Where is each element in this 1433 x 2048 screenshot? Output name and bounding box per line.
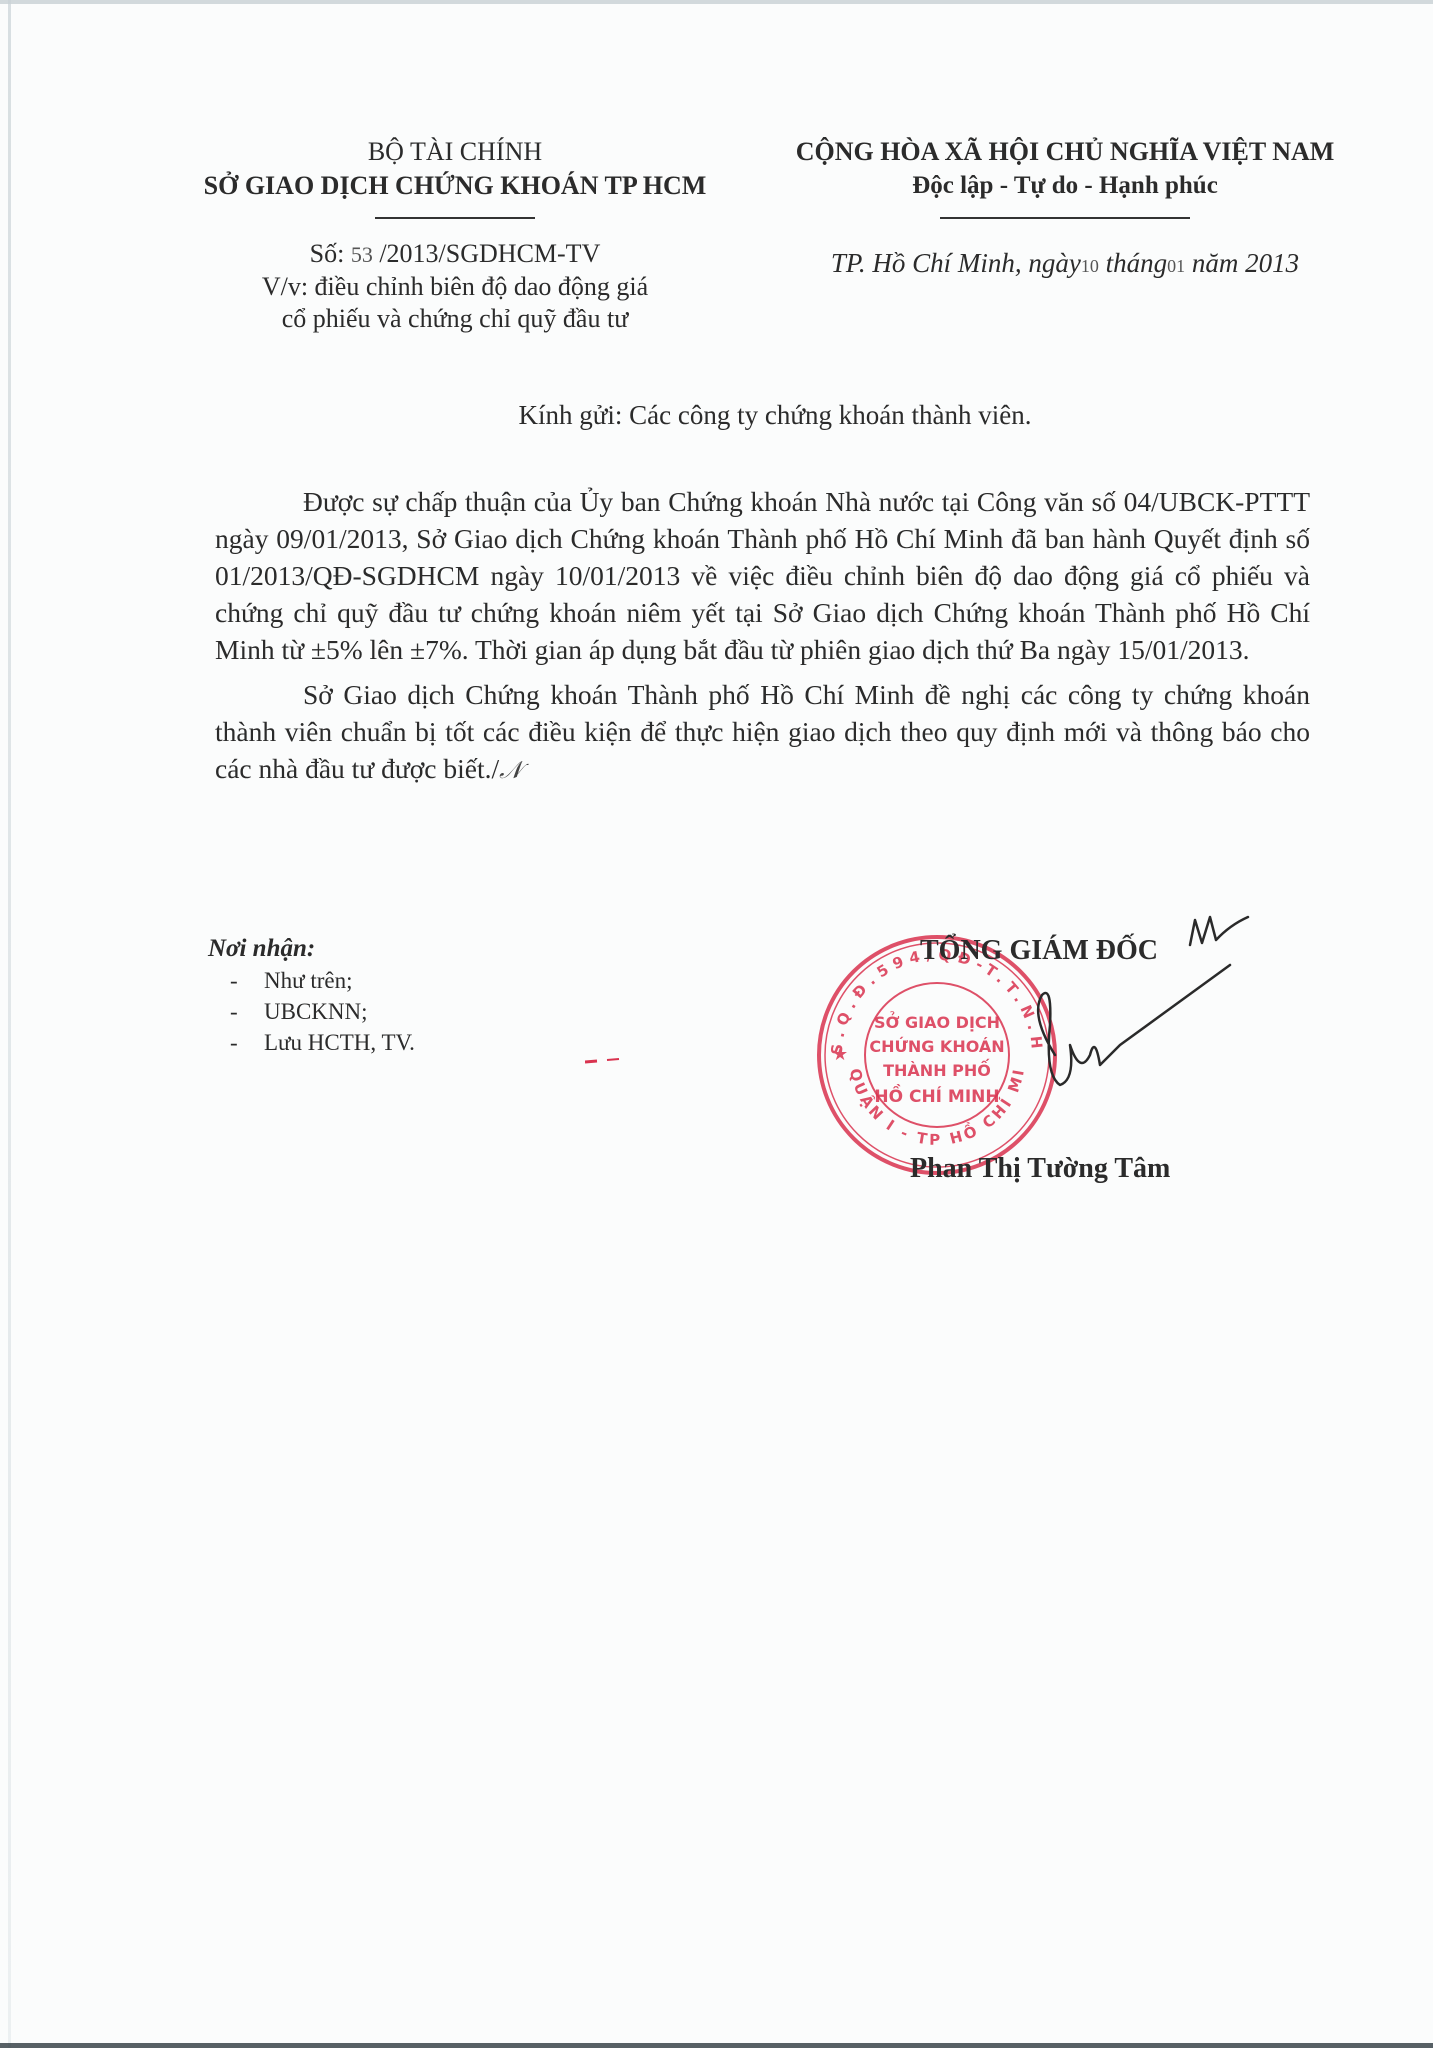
recipients-block: Nơi nhận: -Như trên; -UBCKNN; -Lưu HCTH,… (208, 935, 608, 1058)
signer-name: Phan Thị Tường Tâm (910, 1153, 1170, 1185)
date-month: 01 (1167, 256, 1185, 276)
svg-text:HỒ CHÍ MINH: HỒ CHÍ MINH (874, 1083, 999, 1107)
document-reference: Số: 53 /2013/SGDHCM-TV V/v: điều chỉnh b… (160, 238, 750, 335)
letter-body: Được sự chấp thuận của Ủy ban Chứng khoá… (215, 483, 1310, 797)
recipient-item: -Lưu HCTH, TV. (230, 1027, 608, 1058)
reference-number: Số: 53 /2013/SGDHCM-TV (160, 238, 750, 271)
header-divider (375, 217, 535, 219)
motto-divider (940, 217, 1190, 219)
salutation: Kính gửi: Các công ty chứng khoán thành … (200, 400, 1350, 431)
paragraph-2: Sở Giao dịch Chứng khoán Thành phố Hồ Ch… (215, 676, 1310, 789)
country-name: CỘNG HÒA XÃ HỘI CHỦ NGHĨA VIỆT NAM (755, 135, 1375, 169)
paragraph-1: Được sự chấp thuận của Ủy ban Chứng khoá… (215, 483, 1310, 668)
scan-edge-top (0, 0, 1433, 4)
recipient-item: -Như trên; (230, 965, 608, 996)
issuer-header: BỘ TÀI CHÍNH SỞ GIAO DỊCH CHỨNG KHOÁN TP… (160, 135, 750, 219)
svg-text:CHỨNG KHOÁN: CHỨNG KHOÁN (869, 1037, 1004, 1056)
recipients-list: -Như trên; -UBCKNN; -Lưu HCTH, TV. (208, 965, 608, 1058)
handwritten-number: 53 (351, 242, 373, 267)
national-header: CỘNG HÒA XÃ HỘI CHỦ NGHĨA VIỆT NAM Độc l… (755, 135, 1375, 219)
handwritten-signature (990, 905, 1250, 1145)
subject-line-2: cổ phiếu và chứng chỉ quỹ đầu tư (160, 303, 750, 335)
handwritten-initials: 𝒩 (499, 756, 522, 784)
recipients-title: Nơi nhận: (208, 935, 608, 963)
subject-line-1: V/v: điều chỉnh biên độ dao động giá (160, 271, 750, 303)
organization-name: SỞ GIAO DỊCH CHỨNG KHOÁN TP HCM (160, 169, 750, 203)
ministry-name: BỘ TÀI CHÍNH (160, 135, 750, 169)
scan-edge-left (8, 0, 11, 2048)
svg-text:★: ★ (832, 1044, 848, 1065)
recipient-item: -UBCKNN; (230, 996, 608, 1027)
document-date: TP. Hồ Chí Minh, ngày10 tháng01 năm 2013 (755, 248, 1375, 279)
red-ink-mark (585, 1058, 635, 1064)
scan-edge-bottom (0, 2043, 1433, 2048)
national-motto: Độc lập - Tự do - Hạnh phúc (755, 169, 1375, 203)
svg-text:THÀNH PHỐ: THÀNH PHỐ (883, 1059, 991, 1080)
svg-text:SỞ GIAO DỊCH: SỞ GIAO DỊCH (874, 1011, 1000, 1032)
date-day: 10 (1081, 256, 1099, 276)
